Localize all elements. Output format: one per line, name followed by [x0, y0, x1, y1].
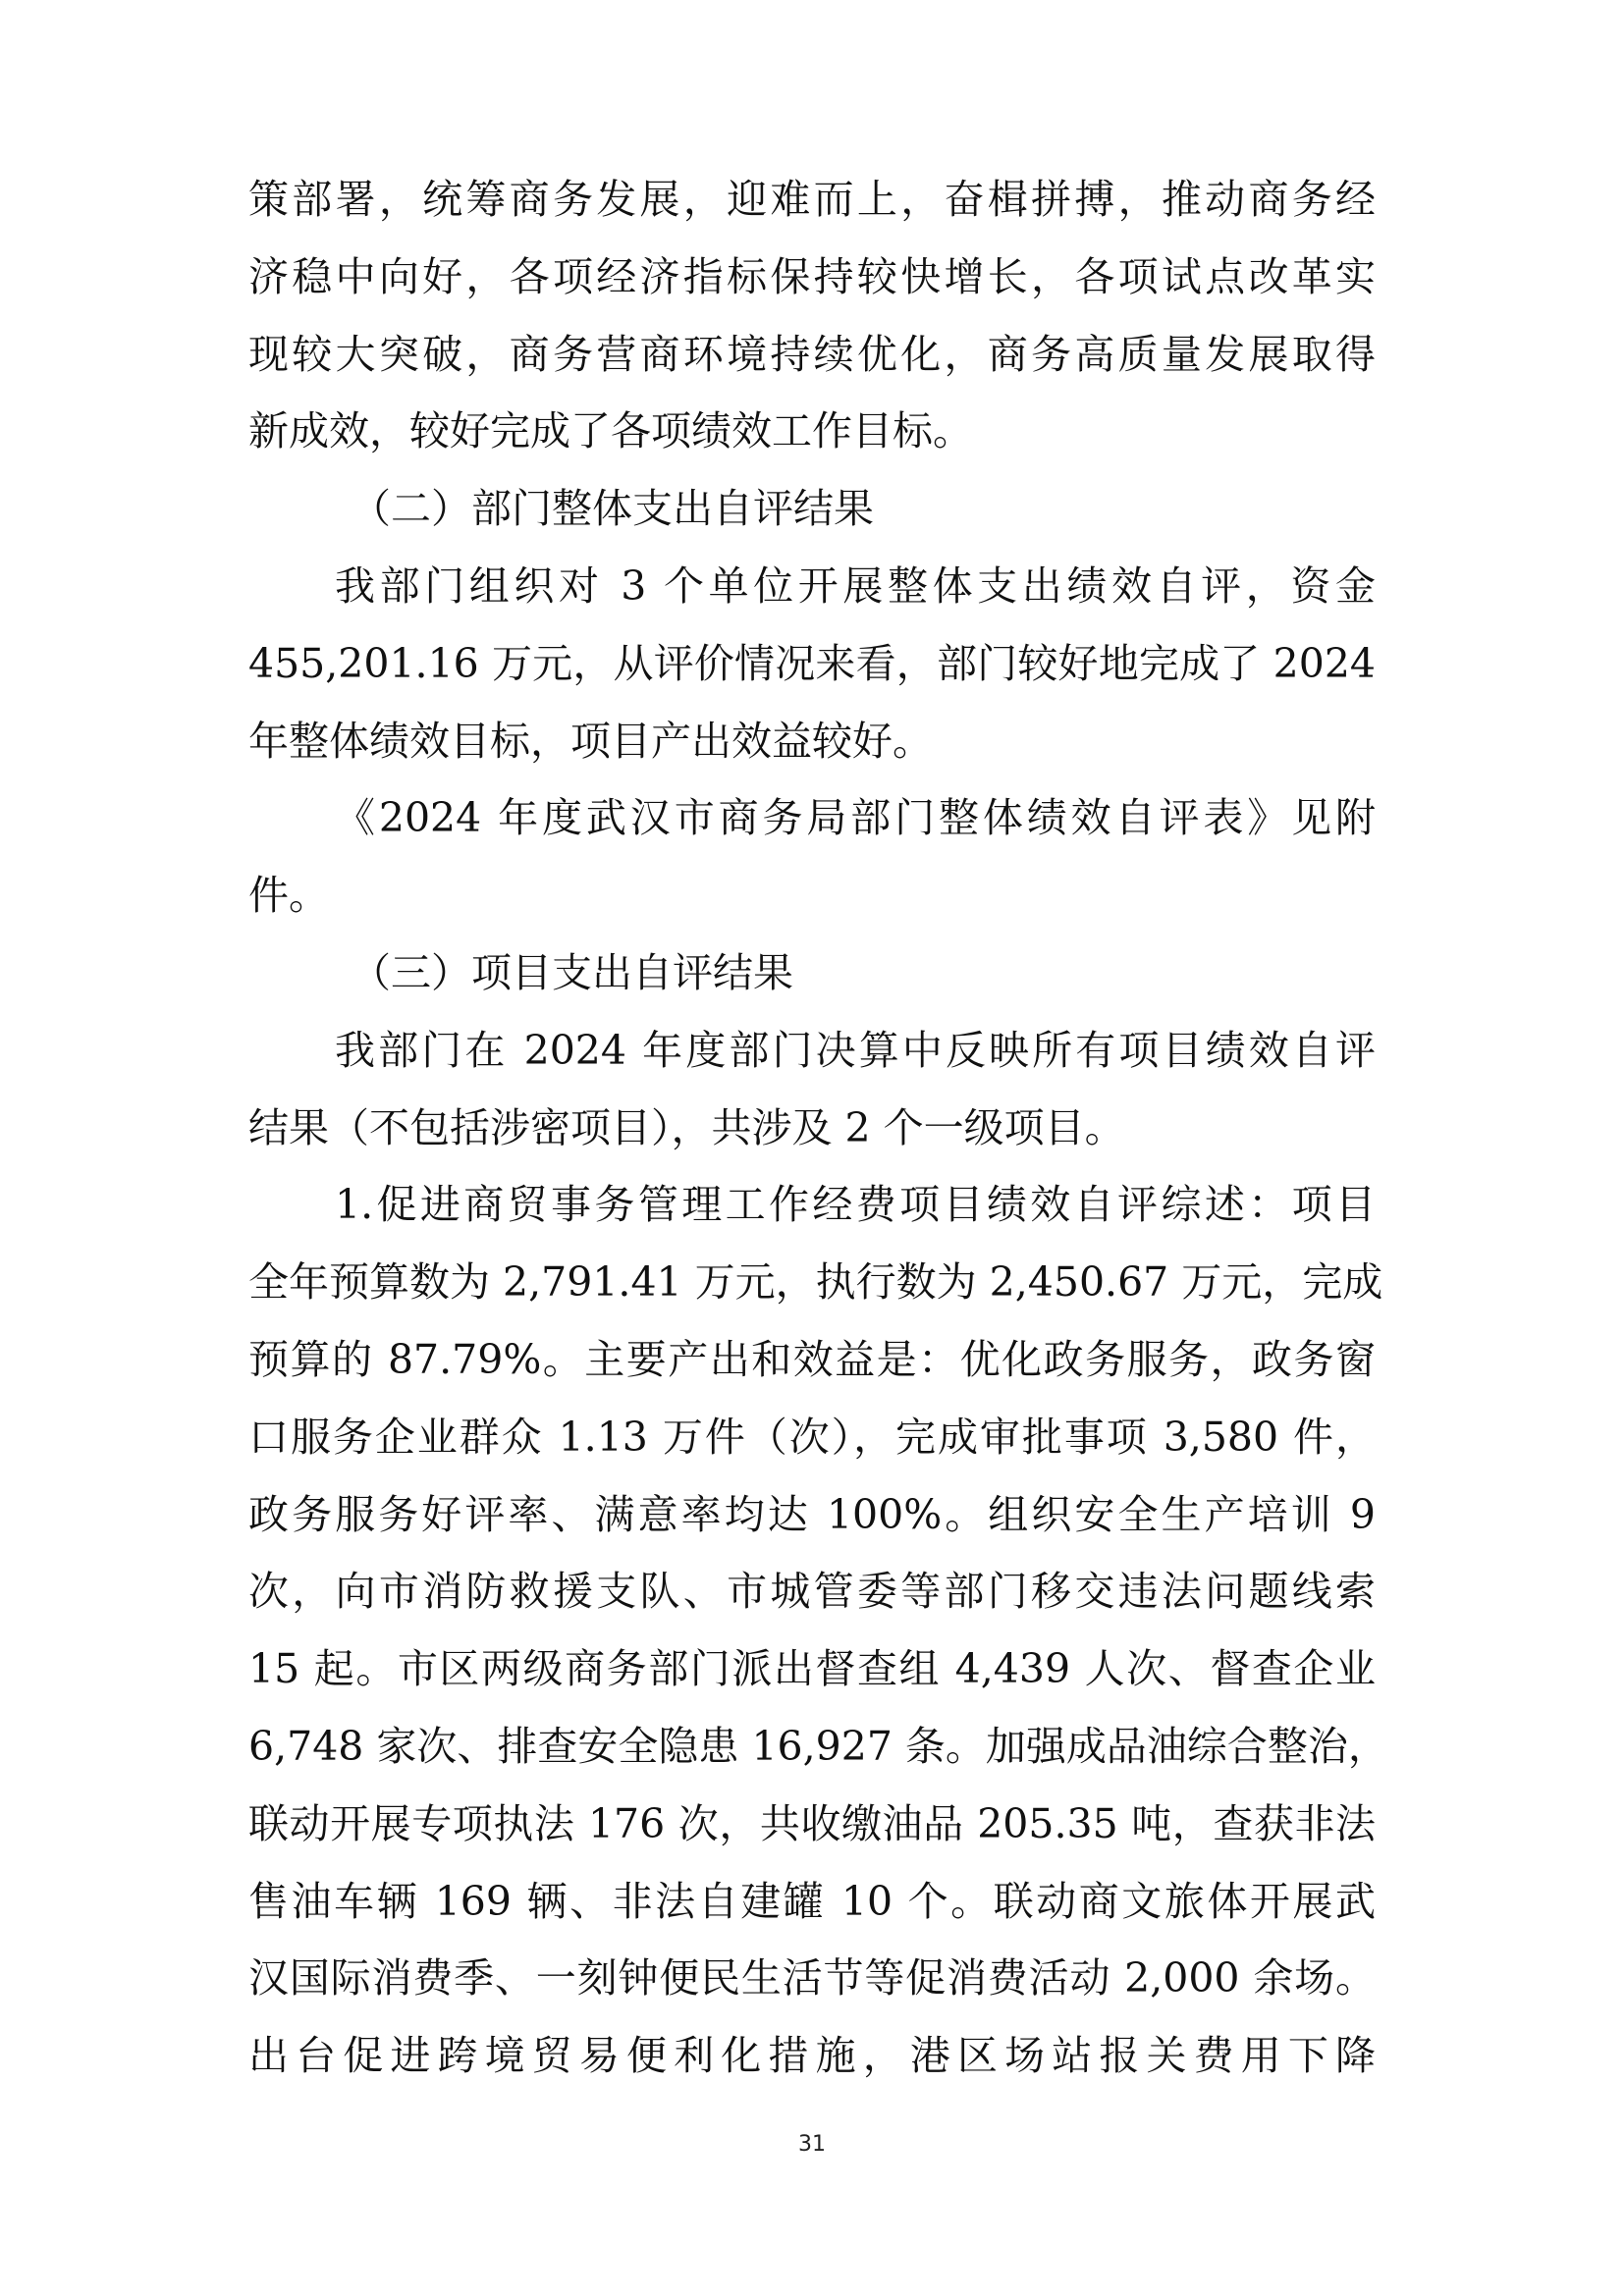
paragraph-line: 15 起。市区两级商务部门派出督查组 4,439 人次、督查企业 [248, 1638, 1376, 1716]
paragraph-line: 我部门在 2024 年度部门决算中反映所有项目绩效自评 [248, 1020, 1376, 1097]
paragraph-line: 新成效，较好完成了各项绩效工作目标。 [248, 400, 1376, 478]
paragraph-line: 我部门组织对 3 个单位开展整体支出绩效自评，资金 [248, 556, 1376, 633]
paragraph-line: 结果（不包括涉密项目），共涉及 2 个一级项目。 [248, 1097, 1376, 1175]
paragraph-line: 政务服务好评率、满意率均达 100%。组织安全生产培训 9 [248, 1484, 1376, 1562]
section-heading-project-expenditure: （三）项目支出自评结果 [248, 942, 1376, 1020]
paragraph-line: 口服务企业群众 1.13 万件（次），完成审批事项 3,580 件， [248, 1407, 1376, 1484]
paragraph-line: 455,201.16 万元，从评价情况来看，部门较好地完成了 2024 [248, 633, 1376, 711]
paragraph-line: 现较大突破，商务营商环境持续优化，商务高质量发展取得 [248, 324, 1376, 401]
paragraph-line: 全年预算数为 2,791.41 万元，执行数为 2,450.67 万元，完成 [248, 1252, 1376, 1329]
paragraph-line: 预算的 87.79%。主要产出和效益是：优化政务服务，政务窗 [248, 1329, 1376, 1407]
paragraph-line: 济稳中向好，各项经济指标保持较快增长，各项试点改革实 [248, 246, 1376, 324]
paragraph-line: 策部署，统筹商务发展，迎难而上，奋楫拼搏，推动商务经 [248, 169, 1376, 246]
paragraph-line: 联动开展专项执法 176 次，共收缴油品 205.35 吨，查获非法 [248, 1793, 1376, 1871]
paragraph-line: 次，向市消防救援支队、市城管委等部门移交违法问题线索 [248, 1561, 1376, 1638]
paragraph-line: 年整体绩效目标，项目产出效益较好。 [248, 711, 1376, 788]
paragraph-line: 6,748 家次、排查安全隐患 16,927 条。加强成品油综合整治， [248, 1716, 1376, 1793]
body-text: 策部署，统筹商务发展，迎难而上，奋楫拼搏，推动商务经 济稳中向好，各项经济指标保… [248, 169, 1376, 2103]
paragraph-line: 1.促进商贸事务管理工作经费项目绩效自评综述：项目 [248, 1174, 1376, 1252]
paragraph-line: 售油车辆 169 辆、非法自建罐 10 个。联动商文旅体开展武 [248, 1871, 1376, 1949]
document-page: 策部署，统筹商务发展，迎难而上，奋楫拼搏，推动商务经 济稳中向好，各项经济指标保… [0, 0, 1624, 2296]
paragraph-line: 出台促进跨境贸易便利化措施，港区场站报关费用下降 [248, 2025, 1376, 2103]
section-heading-overall-expenditure: （二）部门整体支出自评结果 [248, 478, 1376, 556]
paragraph-line: 汉国际消费季、一刻钟便民生活节等促消费活动 2,000 余场。 [248, 1948, 1376, 2025]
page-number: 31 [0, 2132, 1624, 2157]
paragraph-line: 件。 [248, 865, 1376, 942]
paragraph-line: 《2024 年度武汉市商务局部门整体绩效自评表》见附 [248, 787, 1376, 865]
